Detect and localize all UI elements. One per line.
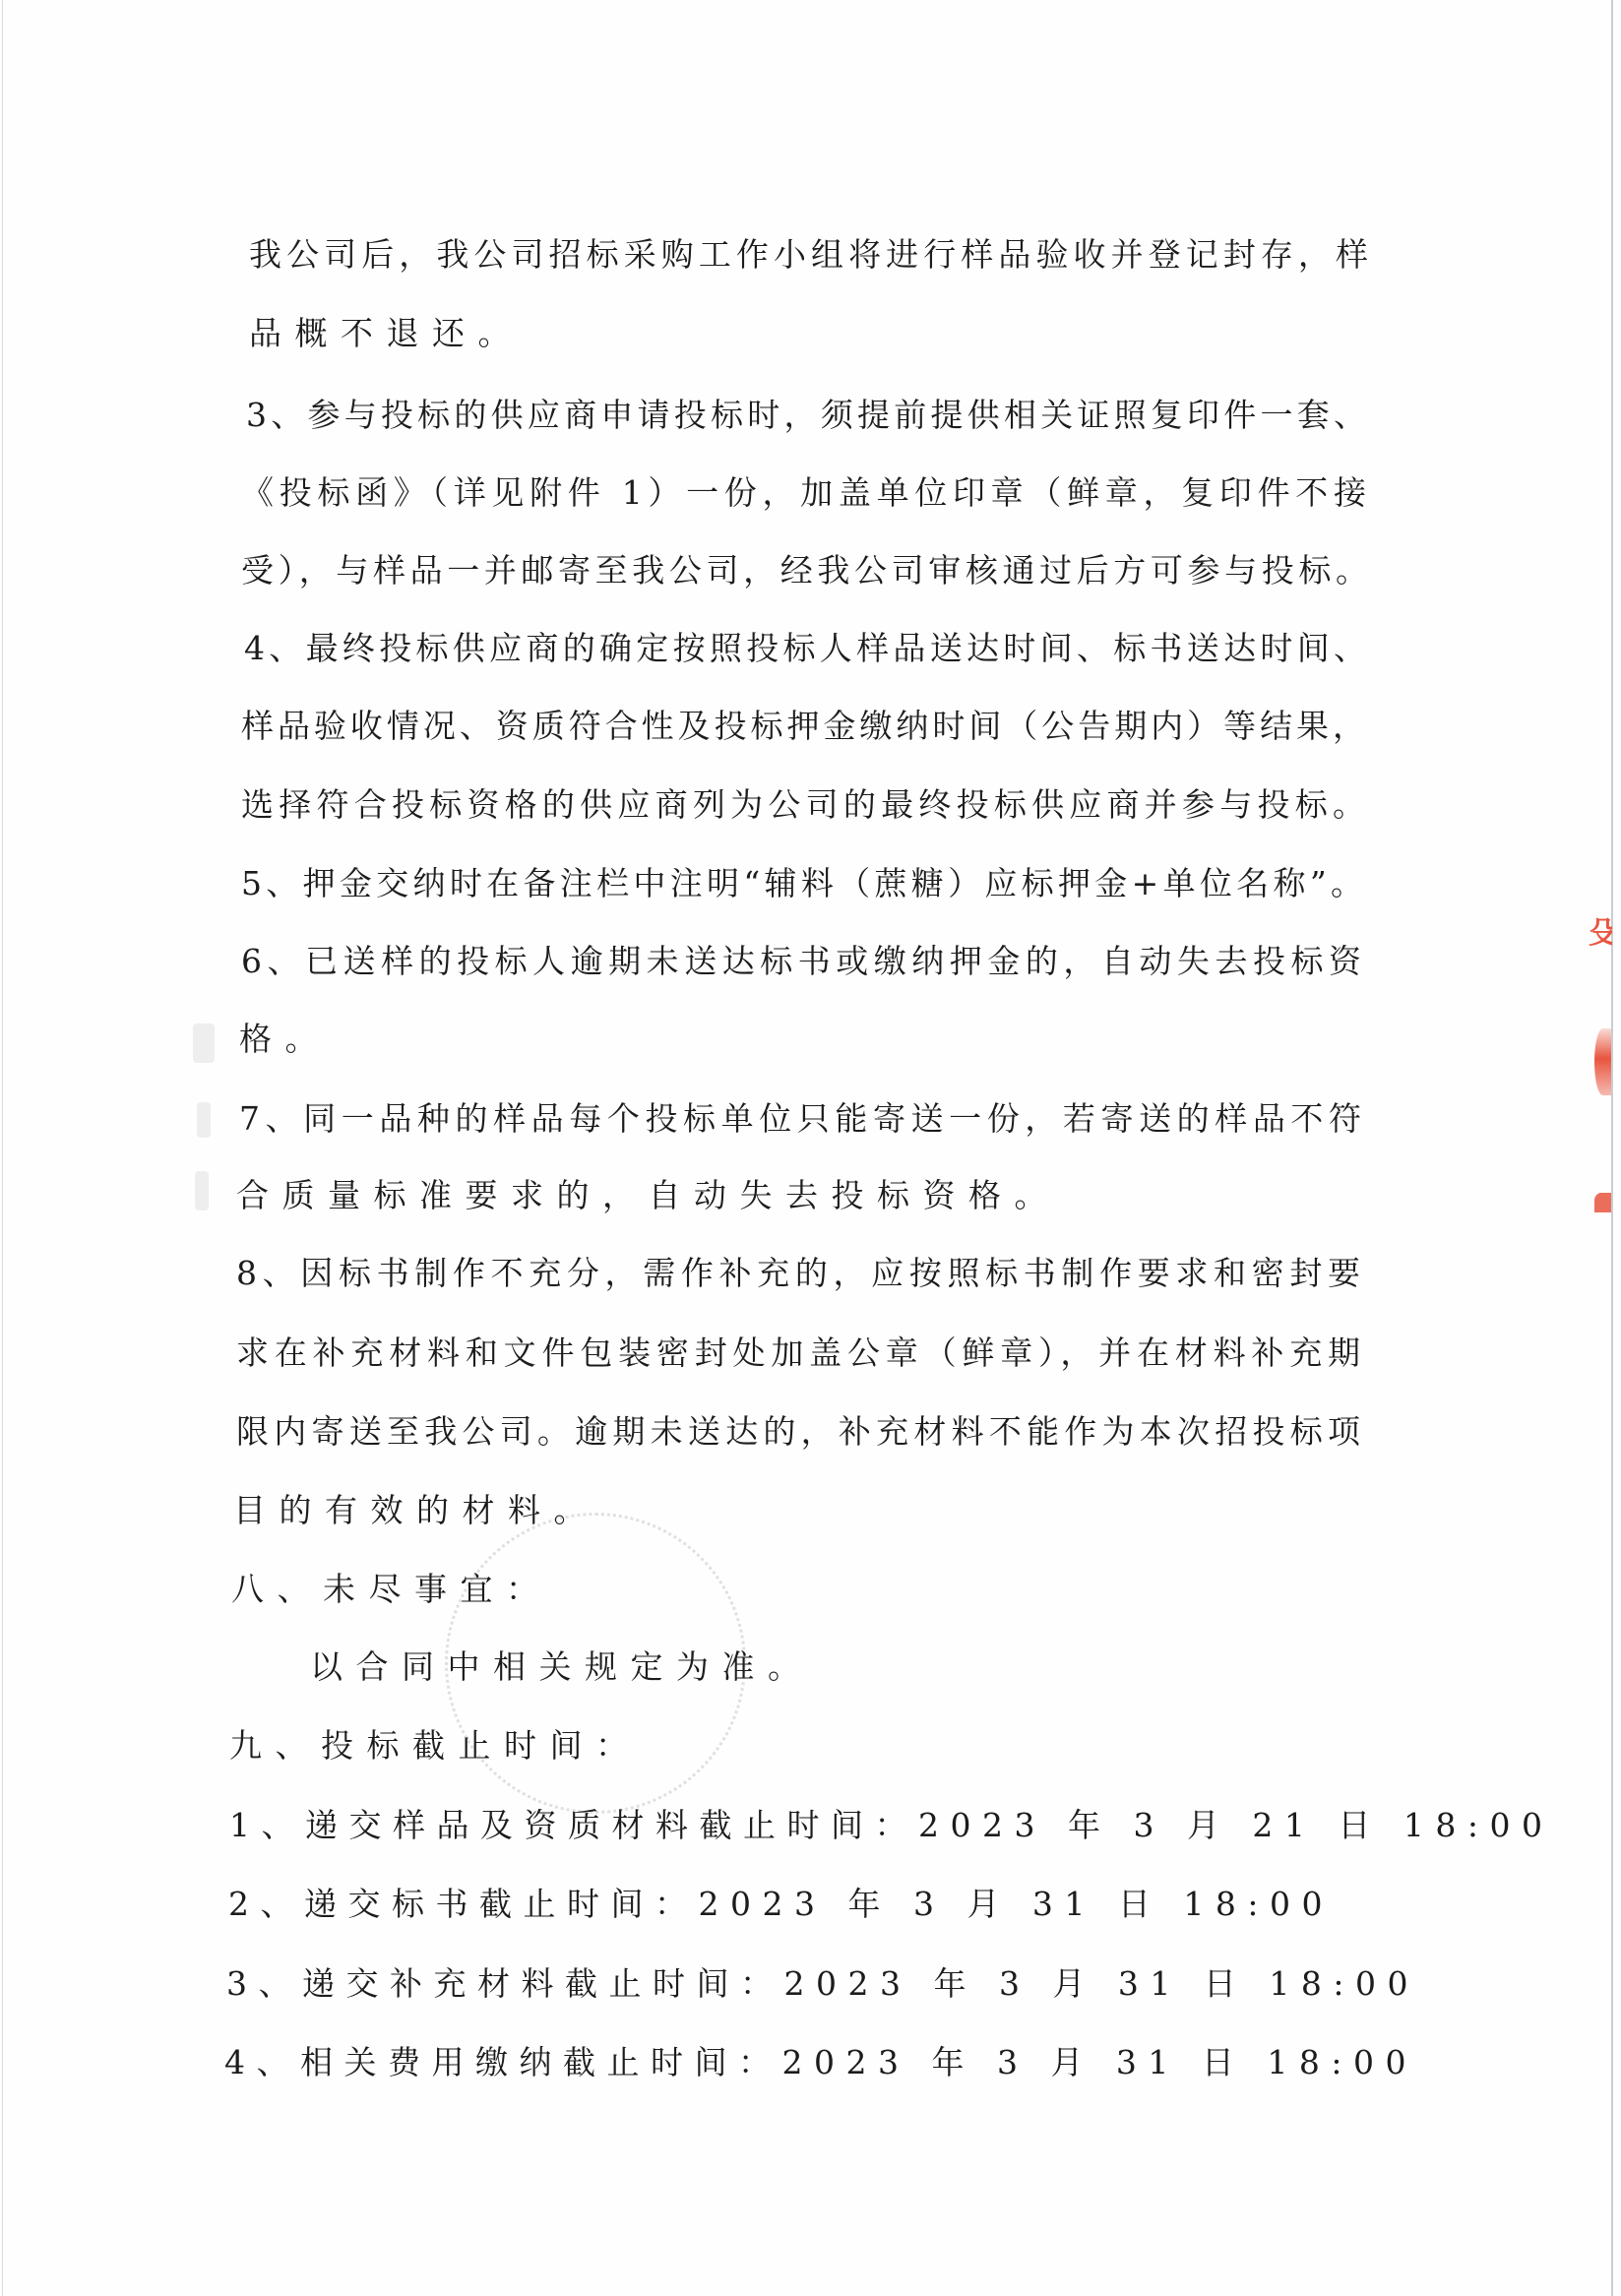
page-left-edge [2,0,3,2296]
text-line: 合质量标准要求的，自动失去投标资格。 [236,1174,1060,1217]
text-line: 我公司后，我公司招标采购工作小组将进行样品验收并登记封存，样 [249,233,1368,277]
text-line: 8、因标书制作不充分，需作补充的，应按照标书制作要求和密封要 [236,1252,1360,1295]
bleed-mark [193,1024,215,1063]
section-heading: 八、未尽事宜： [231,1568,552,1611]
text-line: 求在补充材料和文件包装密封处加盖公章（鲜章），并在材料补充期 [236,1332,1360,1375]
text-line: 受），与样品一并邮寄至我公司，经我公司审核通过后方可参与投标。 [241,549,1368,592]
text-line: 目的有效的材料。 [233,1489,599,1532]
text-line: 限内寄送至我公司。逾期未送达的，补充材料不能作为本次招投标项 [236,1410,1360,1454]
text-line: 6、已送样的投标人逾期未送达标书或缴纳押金的，自动失去投标资 [241,940,1361,983]
text-line: 以合同中相关规定为准。 [310,1645,814,1689]
red-seal-fragment: 殳 [1589,898,1612,970]
text-line: 7、同一品种的样品每个投标单位只能寄送一份，若寄送的样品不符 [239,1097,1361,1141]
bleed-mark [195,1171,209,1210]
scanned-document-page: 我公司后，我公司招标采购工作小组将进行样品验收并登记封存，样 品概不退还。 3、… [0,0,1621,2296]
deadline-item: 1、递交样品及资质材料截止时间：2023 年 3 月 21 日 18:00 [229,1804,1554,1847]
text-line: 4、最终投标供应商的确定按照投标人样品送达时间、标书送达时间、 [244,627,1366,670]
page-right-edge [1611,0,1613,2296]
section-heading: 九、投标截止时间： [229,1724,642,1768]
text-line: 样品验收情况、资质符合性及投标押金缴纳时间（公告期内）等结果， [241,705,1365,748]
text-line: 3、参与投标的供应商申请投标时，须提前提供相关证照复印件一套、 [246,394,1366,437]
red-seal-arc [1594,1028,1611,1095]
text-line: 《投标函》（详见附件 1）一份，加盖单位印章（鲜章，复印件不接 [241,471,1366,515]
bleed-mark [197,1102,211,1138]
text-line: 格。 [239,1018,331,1061]
deadline-item: 2、递交标书截止时间：2023 年 3 月 31 日 18:00 [228,1883,1334,1926]
text-line: 选择符合投标资格的供应商列为公司的最终投标供应商并参与投标。 [241,783,1365,827]
text-line: 5、押金交纳时在备注栏中注明“辅料（蔗糖）应标押金+单位名称”。 [241,862,1363,905]
deadline-item: 4、相关费用缴纳截止时间：2023 年 3 月 31 日 18:00 [224,2041,1417,2084]
deadline-item: 3、递交补充材料截止时间：2023 年 3 月 31 日 18:00 [226,1962,1419,2006]
red-seal-mark [1594,1193,1611,1212]
text-line: 品概不退还。 [249,312,524,355]
